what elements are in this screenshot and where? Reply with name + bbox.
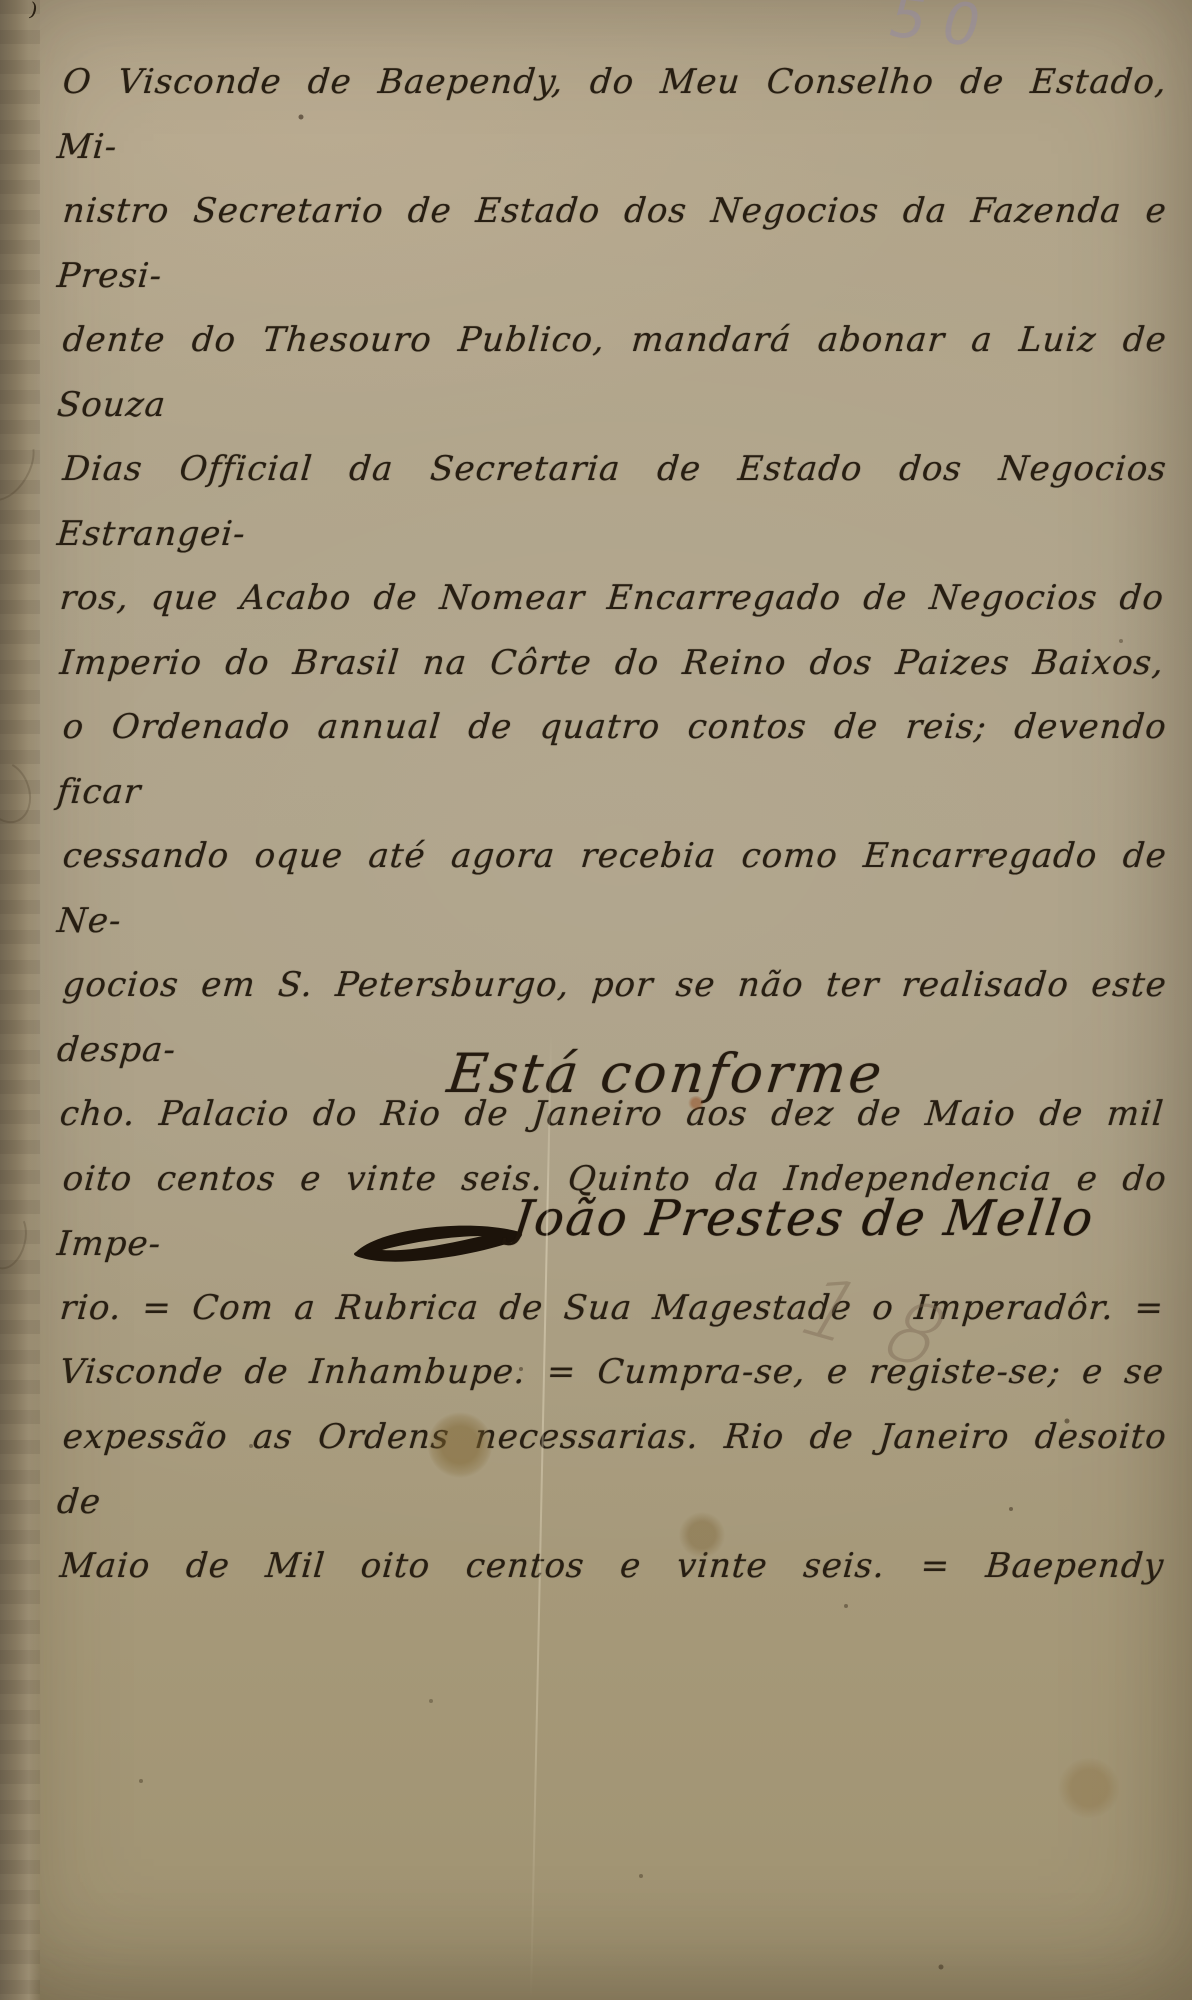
manuscript-line: rio. = Com a Rubrica de Sua Magestade o …	[57, 1276, 1167, 1341]
certification-line: Está conforme	[66, 1042, 1192, 1105]
manuscript-line: o Ordenado annual de quatro contos de re…	[54, 695, 1169, 824]
signature-text: João Prestes de Mello	[510, 1190, 1098, 1247]
manuscript-line: expessão as Ordens necessarias. Rio de J…	[54, 1405, 1169, 1534]
manuscript-line: Visconde de Inhambupe. = Cumpra-se, e re…	[57, 1340, 1167, 1405]
manuscript-line: nistro Secretario de Estado dos Negocios…	[54, 179, 1169, 308]
paper-stain	[428, 1412, 492, 1478]
signature-flourish-icon	[352, 1212, 527, 1276]
manuscript-line: Imperio do Brasil na Côrte do Reino dos …	[57, 631, 1167, 696]
paper-stain	[688, 1096, 704, 1110]
paper-specks	[0, 0, 2, 2]
manuscript-line: ros, que Acabo de Nomear Encarregado de …	[57, 566, 1167, 631]
manuscript-line: cessando oque até agora recebia como Enc…	[54, 824, 1169, 953]
manuscript-line: O Visconde de Baependy, do Meu Conselho …	[54, 50, 1169, 179]
paper-stain	[1058, 1758, 1120, 1818]
manuscript-text: O Visconde de Baependy, do Meu Conselho …	[60, 50, 1164, 1598]
paper-stain	[678, 1512, 726, 1558]
manuscript-page: ⁾ 50 O Visconde de Baependy, do Meu Cons…	[0, 0, 1192, 2000]
manuscript-line: dente do Thesouro Publico, mandará abona…	[54, 308, 1169, 437]
binding-edge	[0, 0, 40, 2000]
signature-block: João Prestes de Mello	[352, 1160, 1094, 1276]
manuscript-line: Dias Official da Secretaria de Estado do…	[54, 437, 1169, 566]
manuscript-line: Maio de Mil oito centos e vinte seis. = …	[57, 1534, 1167, 1599]
